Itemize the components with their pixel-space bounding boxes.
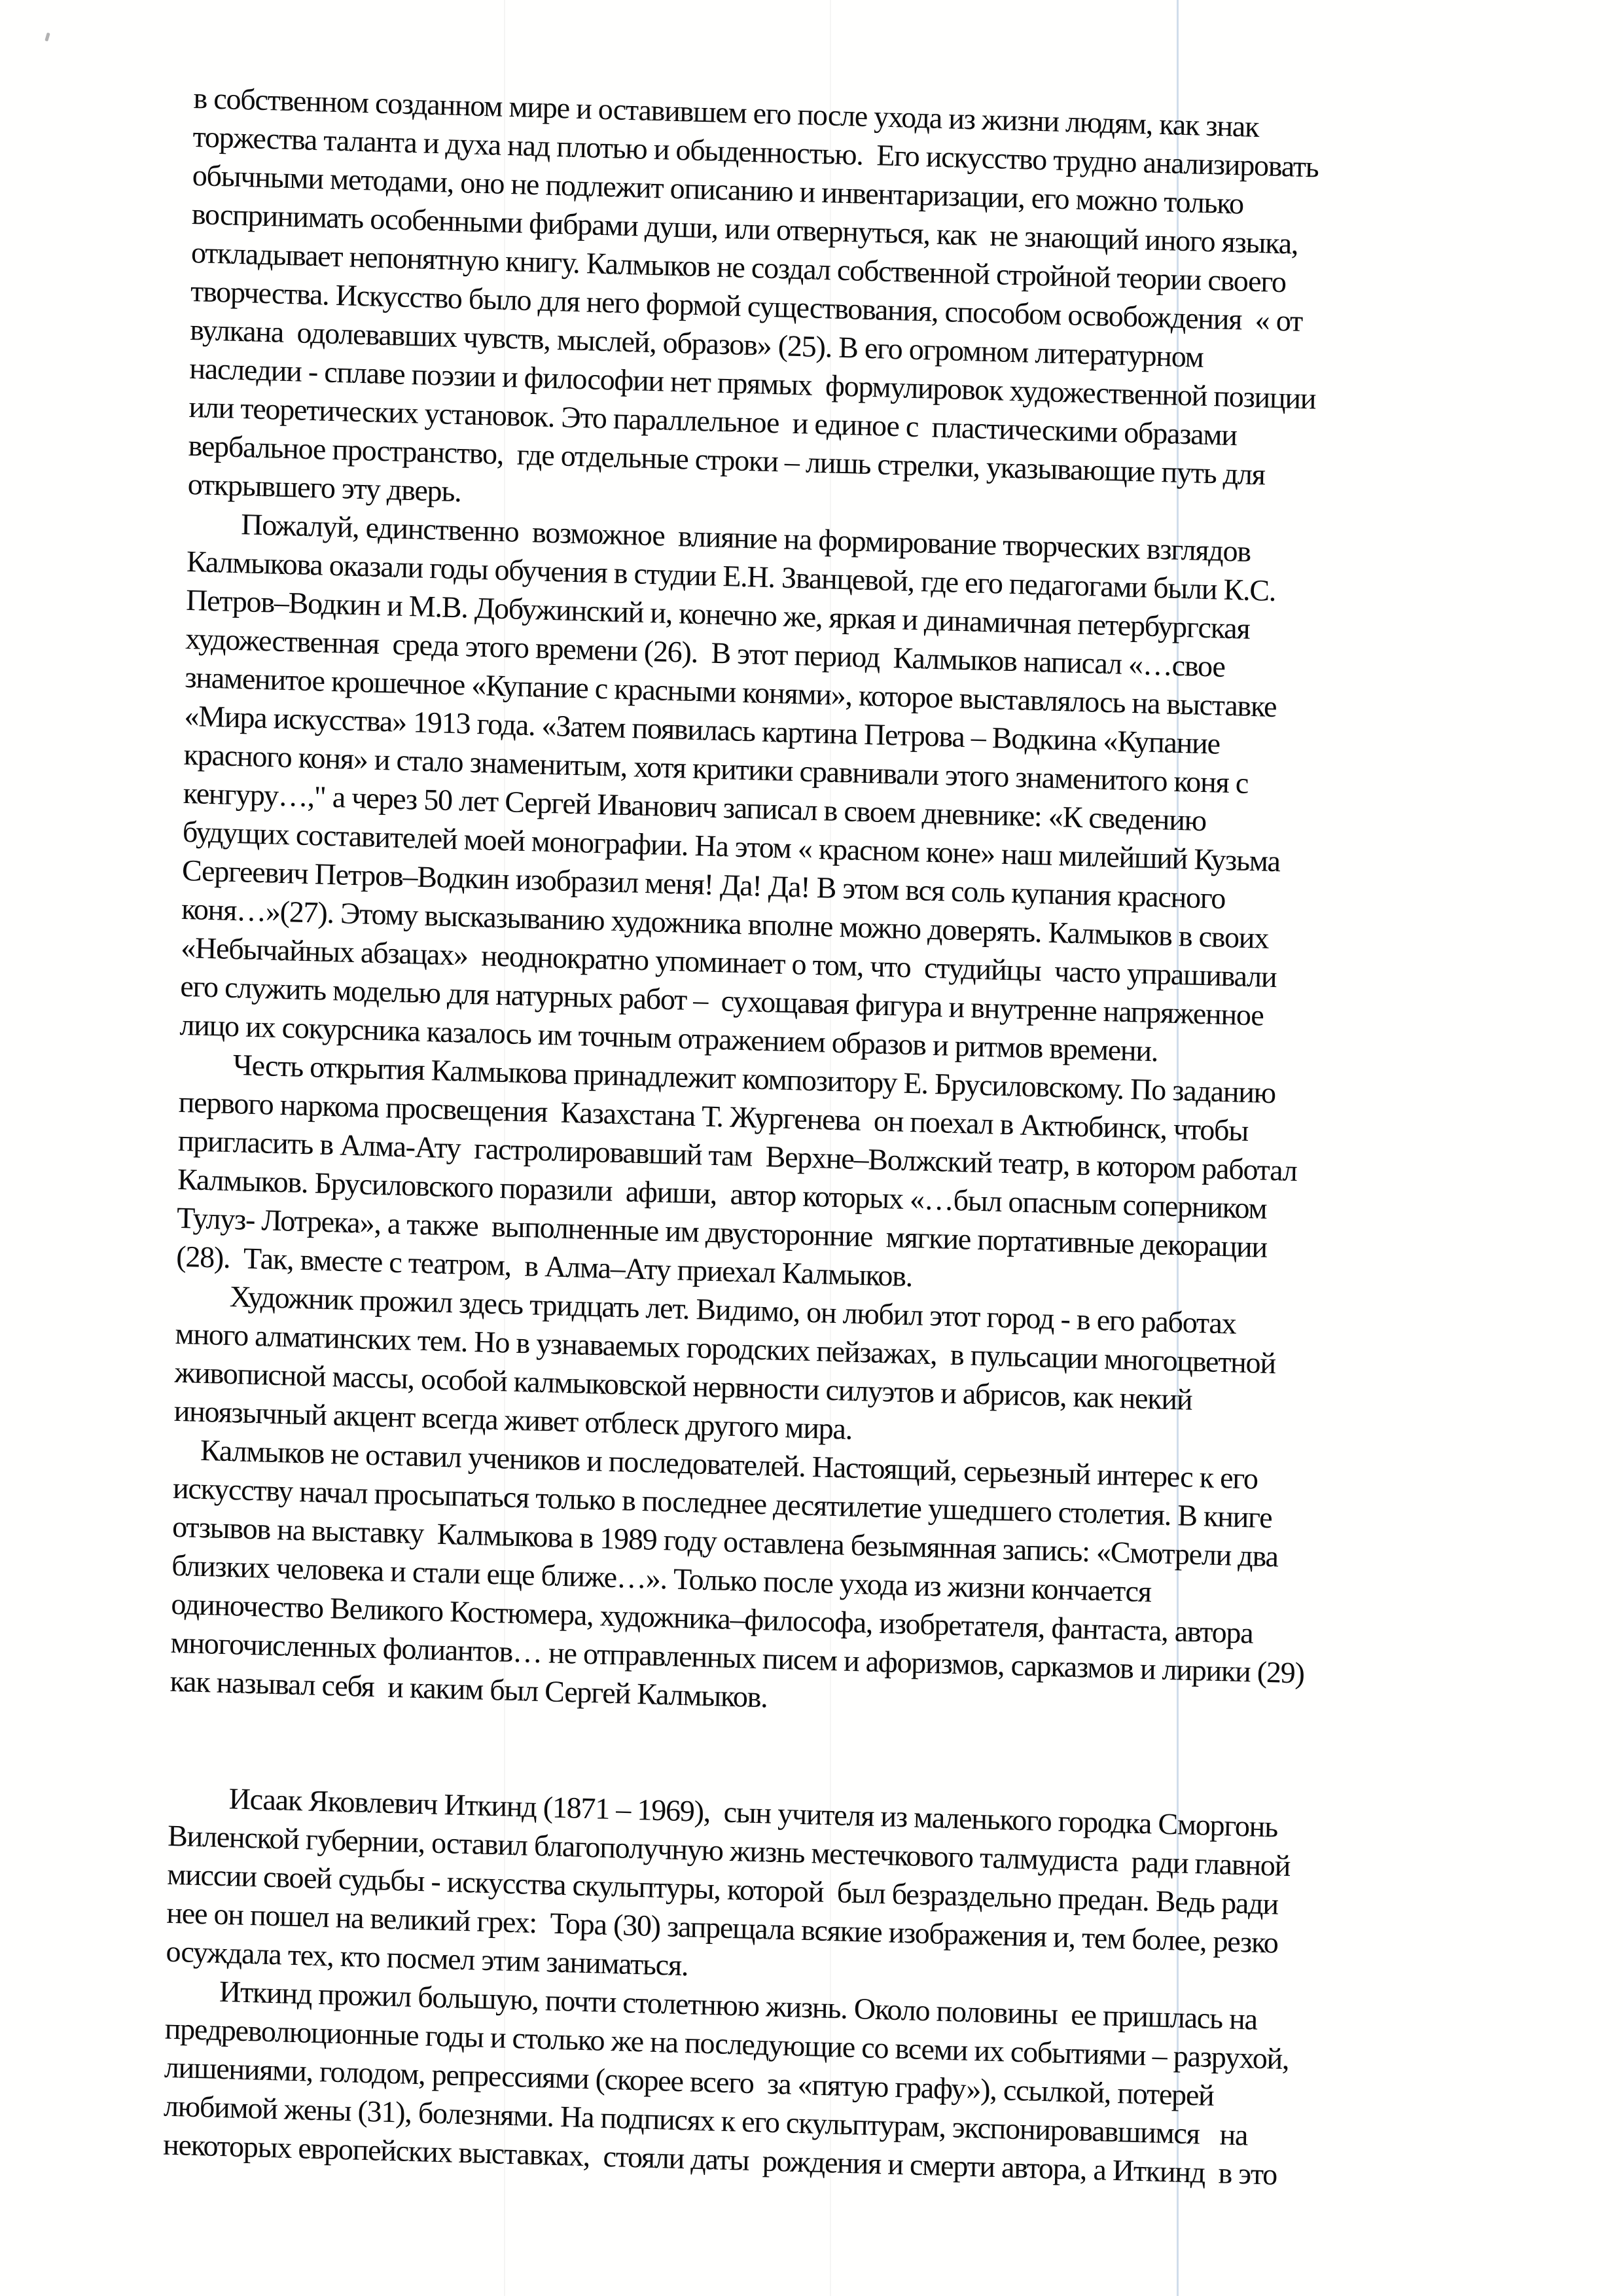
document-text: в собственном созданном мире и оставивше… bbox=[163, 79, 1327, 2195]
paragraph: Калмыков не оставил учеников и последова… bbox=[169, 1430, 1307, 1731]
page-background: в собственном созданном мире и оставивше… bbox=[0, 0, 1623, 2296]
paragraph: Исаак Яковлевич Иткинд (1871 – 1969), сы… bbox=[166, 1778, 1302, 2001]
scanned-page: { "page": { "background": "#ffffff", "te… bbox=[0, 0, 1623, 2296]
paragraph: Честь открытия Калмыкова принадлежит ком… bbox=[176, 1044, 1313, 1306]
scan-speck bbox=[45, 33, 50, 42]
paragraph: Художник прожил здесь тридцать лет. Види… bbox=[173, 1276, 1310, 1461]
paragraph: Пожалуй, единственно возможное влияние н… bbox=[179, 503, 1321, 1075]
paragraph: Иткинд прожил большую, почти столетнюю ж… bbox=[163, 1971, 1299, 2195]
paragraph: в собственном созданном мире и оставивше… bbox=[187, 79, 1327, 534]
